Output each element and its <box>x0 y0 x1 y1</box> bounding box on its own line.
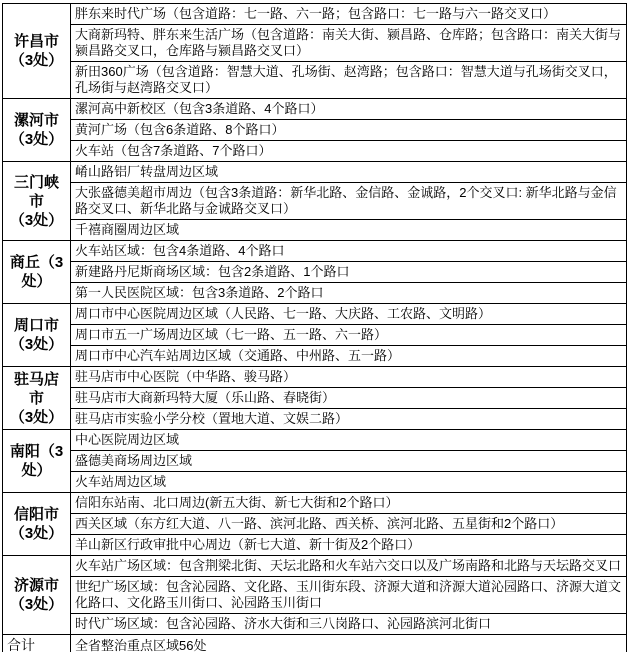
area-cell: 黄河广场（包含6条道路、8个路口） <box>71 120 627 141</box>
area-cell: 周口市中心汽车站周边区域（交通路、中州路、五一路） <box>71 346 627 367</box>
area-cell: 西关区域（东方红大道、八一路、滨河北路、西关桥、滨河北路、五星街和2个路口） <box>71 514 627 535</box>
area-cell: 驻马店市中心医院（中华路、骏马路） <box>71 367 627 388</box>
area-cell: 周口市中心医院周边区域（人民路、七一路、大庆路、工农路、文明路） <box>71 304 627 325</box>
city-cell-shangqiu: 商丘（3 处） <box>3 241 71 304</box>
area-cell: 驻马店市实验小学分校（置地大道、文娱二路） <box>71 409 627 430</box>
city-cell-sanmenxia: 三门峡市 （3处） <box>3 162 71 241</box>
document-page: 许昌市 （3处） 胖东来时代广场（包含道路：七一路、六一路；包含路口：七一路与六… <box>0 0 629 652</box>
city-cell-jiyuan: 济源市 （3处） <box>3 556 71 635</box>
area-cell: 大张盛德美超市周边（包含3条道路：新华北路、金信路、金诚路，2个交叉口: 新华北… <box>71 183 627 220</box>
area-cell: 时代广场区域：包含沁园路、济水大街和三八岗路口、沁园路滨河北街口 <box>71 614 627 635</box>
area-cell: 漯河高中新校区（包含3条道路、4个路口） <box>71 99 627 120</box>
area-cell: 新建路丹尼斯商场区域：包含2条道路、1个路口 <box>71 262 627 283</box>
area-cell: 盛德美商场周边区域 <box>71 451 627 472</box>
city-cell-nanyang: 南阳（3 处） <box>3 430 71 493</box>
area-cell: 崤山路铝厂转盘周边区域 <box>71 162 627 183</box>
city-cell-zhoukou: 周口市 （3处） <box>3 304 71 367</box>
area-cell: 羊山新区行政审批中心周边（新七大道、新十街及2个路口） <box>71 535 627 556</box>
total-label-cell: 合计 <box>3 635 71 652</box>
area-cell: 信阳东站南、北口周边(新五大街、新七大街和2个路口） <box>71 493 627 514</box>
city-cell-zhumadian: 驻马店市 （3处） <box>3 367 71 430</box>
area-cell: 中心医院周边区域 <box>71 430 627 451</box>
area-cell: 火车站区域：包含4条道路、4个路口 <box>71 241 627 262</box>
area-cell: 胖东来时代广场（包含道路：七一路、六一路；包含路口：七一路与六一路交叉口） <box>71 4 627 25</box>
area-cell: 世纪广场区域：包含沁园路、文化路、玉川街东段、济源大道和济源大道沁园路口、济源大… <box>71 577 627 614</box>
area-cell: 火车站（包含7条道路、7个路口） <box>71 141 627 162</box>
city-cell-xuchang: 许昌市 （3处） <box>3 4 71 99</box>
city-cell-luohe: 漯河市 （3处） <box>3 99 71 162</box>
area-cell: 火车站广场区域：包含荆梁北街、天坛北路和火车站六交口以及广场南路和北路与天坛路交… <box>71 556 627 577</box>
key-region-table: 许昌市 （3处） 胖东来时代广场（包含道路：七一路、六一路；包含路口：七一路与六… <box>2 3 627 652</box>
city-cell-xinyang: 信阳市 （3处） <box>3 493 71 556</box>
area-cell: 火车站周边区域 <box>71 472 627 493</box>
area-cell: 千禧商圈周边区域 <box>71 220 627 241</box>
area-cell: 新田360广场（包含道路：智慧大道、孔场街、赵湾路；包含路口：智慧大道与孔场街交… <box>71 62 627 99</box>
total-value-cell: 全省整治重点区域56处 <box>71 635 627 652</box>
area-cell: 大商新玛特、胖东来生活广场（包含道路：南关大街、颍昌路、仓库路；包含路口：南关大… <box>71 25 627 62</box>
area-cell: 第一人民医院区域：包含3条道路、2个路口 <box>71 283 627 304</box>
area-cell: 驻马店市大商新玛特大厦（乐山路、春晓街） <box>71 388 627 409</box>
area-cell: 周口市五一广场周边区域（七一路、五一路、六一路） <box>71 325 627 346</box>
